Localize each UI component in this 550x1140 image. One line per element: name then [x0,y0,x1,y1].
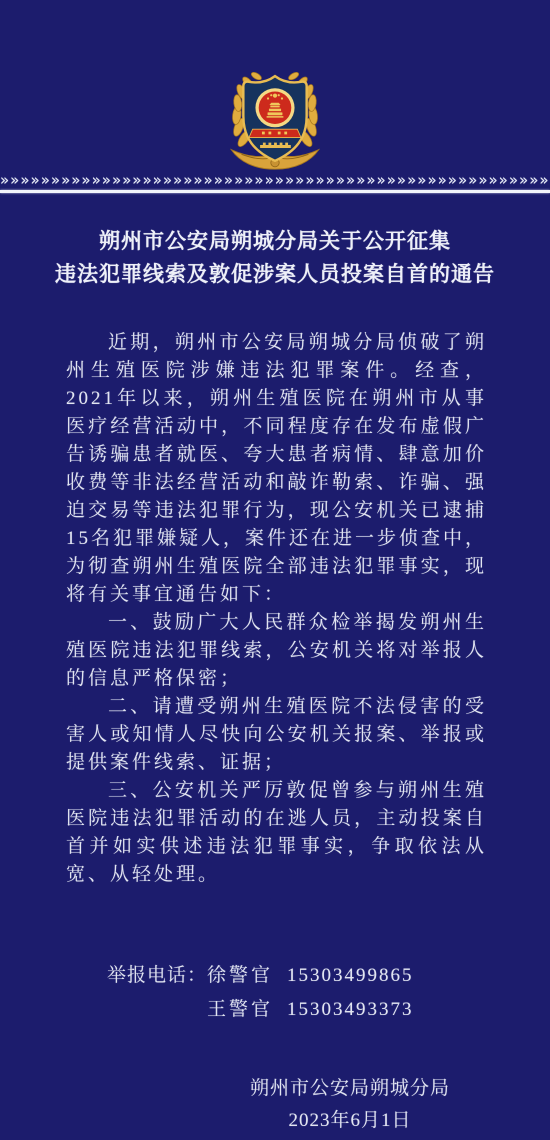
hotline-officer-1: 徐警官15303499865 [207,959,414,993]
divider-line [0,190,550,193]
decorative-divider: »»»»»»»»»»»»»»»»»»»»»»»»»»»»»»»»»»»»»»»»… [0,175,550,193]
hotline-block: 举报电话： 徐警官15303499865 王警官15303493373 [107,959,550,1027]
notice-title-line2: 违法犯罪线索及敦促涉案人员投案自首的通告 [30,258,520,291]
officer-name: 王警官 [207,999,273,1020]
paragraph-intro: 近期，朔州市公安局朔城分局侦破了朔州生殖医院涉嫌违法犯罪案件。经查，2021年以… [66,329,487,609]
police-badge [0,0,550,172]
notice-title: 朔州市公安局朔城分局关于公开征集 违法犯罪线索及敦促涉案人员投案自首的通告 [30,225,520,291]
paragraph-item-1: 一、鼓励广大人民群众检举揭发朔州生殖医院违法犯罪线索，公安机关将对举报人的信息严… [66,609,487,693]
police-notice-page: »»»»»»»»»»»»»»»»»»»»»»»»»»»»»»»»»»»»»»»»… [0,0,550,1140]
officer-phone: 15303499865 [287,965,414,986]
notice-body: 近期，朔州市公安局朔城分局侦破了朔州生殖医院涉嫌违法犯罪案件。经查，2021年以… [66,329,487,889]
officer-phone: 15303493373 [287,999,414,1020]
chevron-pattern-band: »»»»»»»»»»»»»»»»»»»»»»»»»»»»»»»»»»»»»»»»… [0,175,550,187]
signature-block: 朔州市公安局朔城分局 2023年6月1日 [250,1073,450,1137]
paragraph-item-3: 三、公安机关严厉敦促曾参与朔州生殖医院违法犯罪活动的在逃人员，主动投案自首并如实… [66,777,487,889]
officer-name: 徐警官 [207,965,273,986]
police-badge-icon [219,64,331,172]
notice-title-line1: 朔州市公安局朔城分局关于公开征集 [30,225,520,258]
hotline-officer-2: 王警官15303493373 [207,993,414,1027]
hotline-label: 举报电话： [107,959,207,993]
hotline-officers: 徐警官15303499865 王警官15303493373 [207,959,414,1027]
paragraph-item-2: 二、请遭受朔州生殖医院不法侵害的受害人或知情人尽快向公安机关报案、举报或提供案件… [66,693,487,777]
signature-org: 朔州市公安局朔城分局 [250,1073,450,1105]
signature-date: 2023年6月1日 [250,1105,450,1137]
